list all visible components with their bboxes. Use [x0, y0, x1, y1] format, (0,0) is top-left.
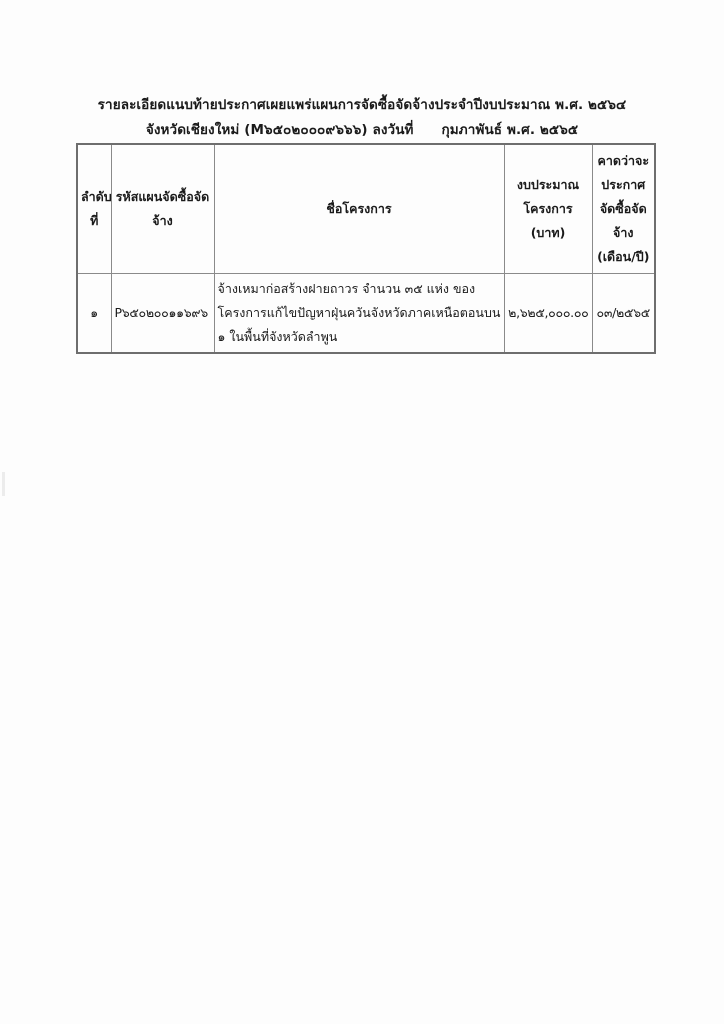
header-no: ลำดับ ที่ [77, 144, 111, 274]
document-subtitle: จังหวัดเชียงใหม่ (M๖๕๐๒๐๐๐๙๖๖๖) ลงวันที่… [0, 118, 724, 140]
cell-no: ๑ [77, 274, 111, 354]
table-header-row: ลำดับ ที่ รหัสแผนจัดซื้อจัด จ้าง ชื่อโคร… [77, 144, 655, 274]
document-title: รายละเอียดแนบท้ายประกาศเผยแพร่แผนการจัดซ… [0, 93, 724, 115]
cell-project-name: จ้างเหมาก่อสร้างฝายถาวร จำนวน ๓๕ แห่ง ขอ… [214, 274, 504, 354]
cell-budget: ๒,๖๒๕,๐๐๐.๐๐ [504, 274, 592, 354]
header-plan-code: รหัสแผนจัดซื้อจัด จ้าง [111, 144, 214, 274]
header-project-name: ชื่อโครงการ [214, 144, 504, 274]
scan-artifact [2, 472, 5, 496]
table-row: ๑ P๖๕๐๒๐๐๑๑๖๙๖ จ้างเหมาก่อสร้างฝายถาวร จ… [77, 274, 655, 354]
procurement-plan-table: ลำดับ ที่ รหัสแผนจัดซื้อจัด จ้าง ชื่อโคร… [76, 143, 656, 354]
subtitle-month-year: กุมภาพันธ์ พ.ศ. ๒๕๖๕ [442, 122, 579, 138]
subtitle-province-date: จังหวัดเชียงใหม่ (M๖๕๐๒๐๐๐๙๖๖๖) ลงวันที่ [146, 122, 414, 138]
cell-expected-month: ๐๓/๒๕๖๕ [592, 274, 655, 354]
cell-plan-code: P๖๕๐๒๐๐๑๑๖๙๖ [111, 274, 214, 354]
document-page: รายละเอียดแนบท้ายประกาศเผยแพร่แผนการจัดซ… [0, 0, 724, 1024]
header-expected-month: คาดว่าจะ ประกาศ จัดซื้อจัด จ้าง (เดือน/ป… [592, 144, 655, 274]
header-budget: งบประมาณ โครงการ (บาท) [504, 144, 592, 274]
